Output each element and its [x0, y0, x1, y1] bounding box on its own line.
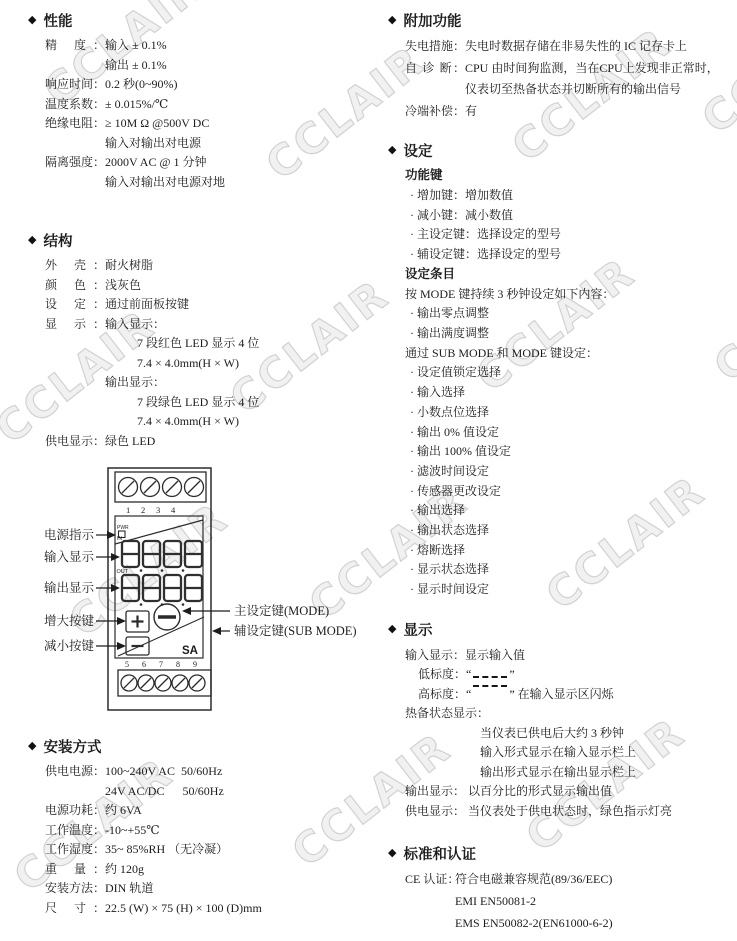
display-text: 输出显示： 以百分比的形式显示输出值	[405, 784, 612, 798]
spec-label	[45, 354, 137, 374]
spec-row: 绝缘电阻：≥ 10M Ω @500V DC	[45, 114, 366, 134]
spec-label	[45, 173, 105, 193]
spec-label: 工作温度：	[45, 821, 105, 841]
spec-row: 输入对输出对电源	[45, 134, 366, 154]
setting-text: · 小数点位选择	[410, 405, 489, 419]
display-text: 热备状态显示：	[405, 706, 489, 720]
spec-value: 0.2 秒(0~90%)	[105, 75, 177, 95]
spec-value: 约 120g	[105, 860, 144, 880]
spec-label	[405, 913, 455, 935]
spec-row: 仪表切至热备状态并切断所有的输出信号	[405, 79, 734, 101]
setting-row: 设定条目	[405, 265, 734, 285]
datasheet-page: CCLAIR CCLAIR CCLAIR CCLAIR CCLAIR CCLAI…	[0, 0, 737, 941]
setting-text: 通过 SUB MODE 和 MODE 键设定：	[405, 346, 598, 360]
spec-row: 24V AC/DC 50/60Hz	[45, 782, 366, 802]
spec-label: 绝缘电阻：	[45, 114, 105, 134]
spec-value: 输出显示：	[105, 373, 165, 393]
low-scale-dashes-glyph	[473, 665, 507, 678]
setting-text: · 显示状态选择	[410, 562, 489, 576]
setting-row: · 熔断选择	[410, 541, 734, 561]
display-row: 输出形式显示在输出显示栏上	[480, 763, 734, 783]
diamond-bullet-icon: ◆	[388, 624, 396, 635]
setting-text: · 熔断选择	[410, 543, 465, 557]
section-header: ◆ 结构	[28, 230, 366, 250]
section-standards: ◆ 标准和认证 CE 认证：符合电磁兼容规范(89/36/EEC) EMI EN…	[388, 843, 734, 934]
high-scale-dashes-glyph	[473, 685, 507, 698]
spec-row: 尺 寸：22.5 (W) × 75 (H) × 100 (D)mm	[45, 899, 366, 919]
spec-label: 响应时间：	[45, 75, 105, 95]
spec-label: 设 定：	[45, 295, 105, 315]
diamond-bullet-icon: ◆	[388, 145, 396, 156]
spec-row: 输出 ± 0.1%	[45, 56, 366, 76]
spec-value: 22.5 (W) × 75 (H) × 100 (D)mm	[105, 899, 262, 919]
model-label: SA	[182, 645, 198, 657]
display-row: 当仪表已供电后大约 3 秒钟	[480, 724, 734, 744]
setting-text: · 输出选择	[410, 503, 465, 517]
spec-label: 自 诊 断：	[405, 58, 465, 80]
spec-label	[45, 782, 105, 802]
display-row: 输入形式显示在输入显示栏上	[480, 743, 734, 763]
output-display	[122, 575, 202, 601]
spec-label: 精 度：	[45, 36, 105, 56]
spec-row: 自 诊 断：CPU 由时间狗监测，当在CPU上发现非正常时，	[405, 58, 734, 80]
setting-row: · 输出 100% 值设定	[410, 442, 734, 462]
setting-text: · 显示时间设定	[410, 582, 489, 596]
svg-text:3: 3	[156, 505, 160, 515]
spec-row: 工作温度：-10~+55℃	[45, 821, 366, 841]
spec-row: CE 认证：符合电磁兼容规范(89/36/EEC)	[405, 869, 734, 891]
section-header: ◆ 附加功能	[388, 10, 734, 30]
setting-row: · 主设定键：选择设定的型号	[410, 225, 734, 245]
section-title: 附加功能	[403, 10, 461, 31]
spec-label: 重 量：	[45, 860, 105, 880]
setting-row: · 输出选择	[410, 501, 734, 521]
setting-row: · 输出零点调整	[410, 304, 734, 324]
callout-decrease-button: 减小按键	[44, 638, 95, 653]
setting-text: · 增加键：增加数值	[410, 188, 513, 202]
top-terminal-block	[115, 472, 206, 502]
spec-value: 耐火树脂	[105, 256, 153, 276]
open-quote: “	[466, 667, 471, 681]
setting-row: · 输出状态选择	[410, 521, 734, 541]
spec-rows: 失电措施：失电时数据存储在非易失性的 IC 记存卡上 自 诊 断：CPU 由时间…	[405, 36, 734, 122]
setting-text: · 传感器更改设定	[410, 484, 501, 498]
spec-row: 供电显示：绿色 LED	[45, 432, 366, 452]
spec-row: 响应时间：0.2 秒(0~90%)	[45, 75, 366, 95]
input-display	[122, 541, 202, 567]
display-row: 热备状态显示：	[405, 704, 734, 724]
display-text: 当仪表已供电后大约 3 秒钟	[480, 726, 624, 740]
spec-row: EMI EN50081-2	[405, 891, 734, 913]
section-title: 结构	[43, 230, 72, 251]
setting-text: · 输出零点调整	[410, 306, 489, 320]
section-title: 安装方式	[43, 736, 101, 757]
spec-label: 尺 寸：	[45, 899, 105, 919]
setting-text: · 输出 100% 值设定	[410, 444, 511, 458]
setting-row: · 设定值锁定选择	[410, 363, 734, 383]
display-text: 输入显示：显示输入值	[405, 648, 525, 662]
spec-rows: CE 认证：符合电磁兼容规范(89/36/EEC) EMI EN50081-2 …	[405, 869, 734, 934]
display-rows: 输入显示：显示输入值 低标度：“” 高标度：“” 在输入显示区闪烁 热备状态显示…	[405, 646, 734, 822]
setting-row: · 输出 0% 值设定	[410, 423, 734, 443]
section-header: ◆ 性能	[28, 10, 366, 30]
setting-text: 按 MODE 键持续 3 秒钟设定如下内容：	[405, 287, 614, 301]
spec-value: 约 6VA	[105, 801, 142, 821]
spec-label: CE 认证：	[405, 869, 455, 891]
spec-label: 电源功耗：	[45, 801, 105, 821]
setting-text: · 滤波时间设定	[410, 464, 489, 478]
spec-label: 颜 色：	[45, 276, 105, 296]
spec-value: EMS EN50082-2(EN61000-6-2)	[455, 913, 613, 935]
low-scale-label: 低标度：	[418, 667, 466, 681]
spec-row: 颜 色：浅灰色	[45, 276, 366, 296]
high-scale-label: 高标度：	[418, 687, 466, 701]
setting-row: · 减小键：减小数值	[410, 206, 734, 226]
diamond-bullet-icon: ◆	[28, 15, 36, 26]
spec-row: 电源功耗：约 6VA	[45, 801, 366, 821]
spec-row: 工作湿度：35~ 85%RH （无冷凝）	[45, 840, 366, 860]
display-row: 输出显示： 以百分比的形式显示输出值	[405, 782, 734, 802]
spec-value: 2000V AC @ 1 分钟	[105, 153, 207, 173]
spec-row: 重 量：约 120g	[45, 860, 366, 880]
setting-row: · 输入选择	[410, 383, 734, 403]
spec-value: 符合电磁兼容规范(89/36/EEC)	[455, 869, 612, 891]
spec-value: CPU 由时间狗监测，当在CPU上发现非正常时，	[465, 58, 719, 80]
spec-value: 24V AC/DC 50/60Hz	[105, 782, 224, 802]
spec-value: 浅灰色	[105, 276, 141, 296]
svg-text:6: 6	[142, 660, 146, 669]
device-front-panel-diagram: 1 2 3 4 PWR IN	[30, 465, 370, 717]
setting-text: · 减小键：减小数值	[410, 208, 513, 222]
spec-value: 7 段绿色 LED 显示 4 位	[137, 393, 259, 413]
section-header: ◆ 设定	[388, 140, 734, 160]
spec-value: -10~+55℃	[105, 821, 160, 841]
spec-value: ± 0.015%/℃	[105, 95, 168, 115]
display-text: 输入形式显示在输入显示栏上	[480, 745, 636, 759]
display-row: 供电显示： 当仪表处于供电状态时，绿色指示灯亮	[405, 802, 734, 822]
display-text: 输出形式显示在输出显示栏上	[480, 765, 636, 779]
spec-label	[45, 334, 137, 354]
svg-text:PWR: PWR	[117, 525, 129, 531]
spec-value: 100~240V AC 50/60Hz	[105, 762, 222, 782]
setting-text: 功能键	[405, 168, 443, 182]
spec-value: 输入对输出对电源	[105, 134, 201, 154]
setting-row: · 显示状态选择	[410, 560, 734, 580]
spec-row: EMS EN50082-2(EN61000-6-2)	[405, 913, 734, 935]
spec-value: 失电时数据存储在非易失性的 IC 记存卡上	[465, 36, 687, 58]
spec-label: 安装方法：	[45, 879, 105, 899]
setting-text: · 辅设定键：选择设定的型号	[410, 247, 561, 261]
setting-text: 设定条目	[405, 267, 455, 281]
diamond-bullet-icon: ◆	[28, 235, 36, 246]
spec-label: 供电显示：	[45, 432, 105, 452]
spec-label	[45, 373, 105, 393]
spec-row: 7.4 × 4.0mm(H × W)	[45, 354, 366, 374]
decrease-button	[126, 637, 149, 655]
spec-label	[405, 79, 465, 101]
spec-label	[45, 393, 137, 413]
section-title: 性能	[43, 10, 72, 31]
section-header: ◆ 安装方式	[28, 736, 366, 756]
spec-value: 输入对输出对电源对地	[105, 173, 225, 193]
close-quote: ”	[509, 667, 514, 681]
svg-text:4: 4	[171, 505, 176, 515]
spec-label: 温度系数：	[45, 95, 105, 115]
section-installation: ◆ 安装方式 供电电源：100~240V AC 50/60Hz 24V AC/D…	[28, 736, 366, 918]
display-high-scale-row: 高标度：“” 在输入显示区闪烁	[418, 685, 734, 705]
spec-row: 隔离强度：2000V AC @ 1 分钟	[45, 153, 366, 173]
spec-row: 失电措施：失电时数据存储在非易失性的 IC 记存卡上	[405, 36, 734, 58]
spec-value: 绿色 LED	[105, 432, 155, 452]
spec-label	[45, 412, 137, 432]
section-header: ◆ 标准和认证	[388, 843, 734, 863]
spec-row: 7 段绿色 LED 显示 4 位	[45, 393, 366, 413]
spec-row: 冷端补偿：有	[405, 101, 734, 123]
section-performance: ◆ 性能 精 度：输入 ± 0.1% 输出 ± 0.1% 响应时间：0.2 秒(…	[28, 10, 366, 192]
spec-row: 外 壳：耐火树脂	[45, 256, 366, 276]
setting-row: 按 MODE 键持续 3 秒钟设定如下内容：	[405, 285, 734, 305]
spec-rows: 功能键 · 增加键：增加数值 · 减小键：减小数值 · 主设定键：选择设定的型号…	[405, 166, 734, 599]
spec-row: 安装方法：DIN 轨道	[45, 879, 366, 899]
spec-label: 失电措施：	[405, 36, 465, 58]
open-quote: “	[466, 687, 471, 701]
svg-text:7: 7	[159, 660, 163, 669]
section-header: ◆ 显示	[388, 620, 734, 640]
top-terminal-numbers: 1 2 3 4	[126, 505, 176, 515]
diamond-bullet-icon: ◆	[28, 741, 36, 752]
setting-text: · 输出 0% 值设定	[410, 425, 499, 439]
callouts-left: 电源指示 输入显示 输出显示 增大按键 减小按键	[44, 527, 126, 653]
callout-power-indicator: 电源指示	[44, 527, 95, 542]
spec-label: 外 壳：	[45, 256, 105, 276]
section-additional-functions: ◆ 附加功能 失电措施：失电时数据存储在非易失性的 IC 记存卡上 自 诊 断：…	[388, 10, 734, 122]
display-row: 输入显示：显示输入值	[405, 646, 734, 666]
section-settings: ◆ 设定 功能键 · 增加键：增加数值 · 减小键：减小数值 · 主设定键：选择…	[388, 140, 734, 599]
setting-row: 功能键	[405, 166, 734, 186]
spec-label: 显 示：	[45, 315, 105, 335]
spec-row: 设 定：通过前面板按键	[45, 295, 366, 315]
spec-row: 显 示：输入显示：	[45, 315, 366, 335]
svg-text:1: 1	[126, 505, 130, 515]
svg-text:5: 5	[125, 660, 129, 669]
spec-value: 输出 ± 0.1%	[105, 56, 167, 76]
mode-knob	[154, 604, 180, 630]
setting-text: · 设定值锁定选择	[410, 365, 501, 379]
setting-row: · 小数点位选择	[410, 403, 734, 423]
spec-rows: 精 度：输入 ± 0.1% 输出 ± 0.1% 响应时间：0.2 秒(0~90%…	[45, 36, 366, 192]
spec-row: 输入对输出对电源对地	[45, 173, 366, 193]
high-scale-suffix: 在输入显示区闪烁	[515, 687, 614, 701]
spec-value: 输入显示：	[105, 315, 165, 335]
svg-text:9: 9	[193, 660, 197, 669]
setting-text: · 输入选择	[410, 385, 465, 399]
svg-text:8: 8	[176, 660, 180, 669]
spec-value: ≥ 10M Ω @500V DC	[105, 114, 209, 134]
section-title: 显示	[403, 619, 432, 640]
spec-label	[45, 56, 105, 76]
setting-row: · 传感器更改设定	[410, 482, 734, 502]
spec-value: 7 段红色 LED 显示 4 位	[137, 334, 259, 354]
increase-button	[126, 611, 149, 632]
spec-label: 工作湿度：	[45, 840, 105, 860]
callout-increase-button: 增大按键	[44, 613, 95, 628]
setting-text: · 主设定键：选择设定的型号	[410, 227, 561, 241]
section-structure: ◆ 结构 外 壳：耐火树脂 颜 色：浅灰色 设 定：通过前面板按键 显 示：输入…	[28, 230, 366, 451]
diamond-bullet-icon: ◆	[388, 15, 396, 26]
section-title: 标准和认证	[403, 843, 476, 864]
device-diagram: 1 2 3 4 PWR IN	[30, 465, 366, 722]
spec-label: 隔离强度：	[45, 153, 105, 173]
setting-row: · 输出满度调整	[410, 324, 734, 344]
bottom-terminal-numbers: 5 6 7 8 9	[125, 660, 197, 669]
svg-text:2: 2	[141, 505, 145, 515]
spec-rows: 供电电源：100~240V AC 50/60Hz 24V AC/DC 50/60…	[45, 762, 366, 918]
svg-text:IN: IN	[117, 536, 122, 542]
spec-label	[45, 134, 105, 154]
callout-sub-mode-key: 辅设定键(SUB MODE)	[234, 623, 357, 638]
diamond-bullet-icon: ◆	[388, 848, 396, 859]
setting-row: · 显示时间设定	[410, 580, 734, 600]
setting-text: · 输出满度调整	[410, 326, 489, 340]
spec-value: DIN 轨道	[105, 879, 153, 899]
spec-value: 有	[465, 101, 477, 123]
spec-label	[405, 891, 455, 913]
spec-value: 35~ 85%RH （无冷凝）	[105, 840, 228, 860]
spec-value: 通过前面板按键	[105, 295, 189, 315]
spec-value: 仪表切至热备状态并切断所有的输出信号	[465, 79, 681, 101]
callout-mode-key: 主设定键(MODE)	[234, 603, 329, 618]
spec-rows: 外 壳：耐火树脂 颜 色：浅灰色 设 定：通过前面板按键 显 示：输入显示： 7…	[45, 256, 366, 451]
spec-value: 7.4 × 4.0mm(H × W)	[137, 412, 239, 432]
right-column: ◆ 附加功能 失电措施：失电时数据存储在非易失性的 IC 记存卡上 自 诊 断：…	[388, 10, 734, 934]
spec-value: EMI EN50081-2	[455, 891, 536, 913]
spec-value: 7.4 × 4.0mm(H × W)	[137, 354, 239, 374]
left-column: ◆ 性能 精 度：输入 ± 0.1% 输出 ± 0.1% 响应时间：0.2 秒(…	[28, 10, 366, 918]
callouts-right: 主设定键(MODE) 辅设定键(SUB MODE)	[182, 603, 357, 638]
setting-text: · 输出状态选择	[410, 523, 489, 537]
setting-row: 通过 SUB MODE 和 MODE 键设定：	[405, 344, 734, 364]
power-indicator-led: PWR IN	[117, 525, 129, 542]
setting-row: · 滤波时间设定	[410, 462, 734, 482]
setting-row: · 增加键：增加数值	[410, 186, 734, 206]
spec-label: 供电电源：	[45, 762, 105, 782]
spec-row: 精 度：输入 ± 0.1%	[45, 36, 366, 56]
spec-value: 输入 ± 0.1%	[105, 36, 167, 56]
section-title: 设定	[403, 140, 432, 161]
bottom-terminal-block	[118, 670, 211, 696]
spec-row: 7 段红色 LED 显示 4 位	[45, 334, 366, 354]
callout-output-display: 输出显示	[44, 580, 95, 595]
spec-row: 供电电源：100~240V AC 50/60Hz	[45, 762, 366, 782]
setting-row: · 辅设定键：选择设定的型号	[410, 245, 734, 265]
section-display: ◆ 显示 输入显示：显示输入值 低标度：“” 高标度：“” 在输入显示区闪烁	[388, 620, 734, 822]
spec-row: 温度系数：± 0.015%/℃	[45, 95, 366, 115]
input-display-dots	[140, 569, 185, 572]
spec-label: 冷端补偿：	[405, 101, 465, 123]
spec-row: 输出显示：	[45, 373, 366, 393]
display-text: 供电显示： 当仪表处于供电状态时，绿色指示灯亮	[405, 804, 672, 818]
display-low-scale-row: 低标度：“”	[418, 665, 734, 685]
callout-input-display: 输入显示	[44, 549, 95, 564]
spec-row: 7.4 × 4.0mm(H × W)	[45, 412, 366, 432]
